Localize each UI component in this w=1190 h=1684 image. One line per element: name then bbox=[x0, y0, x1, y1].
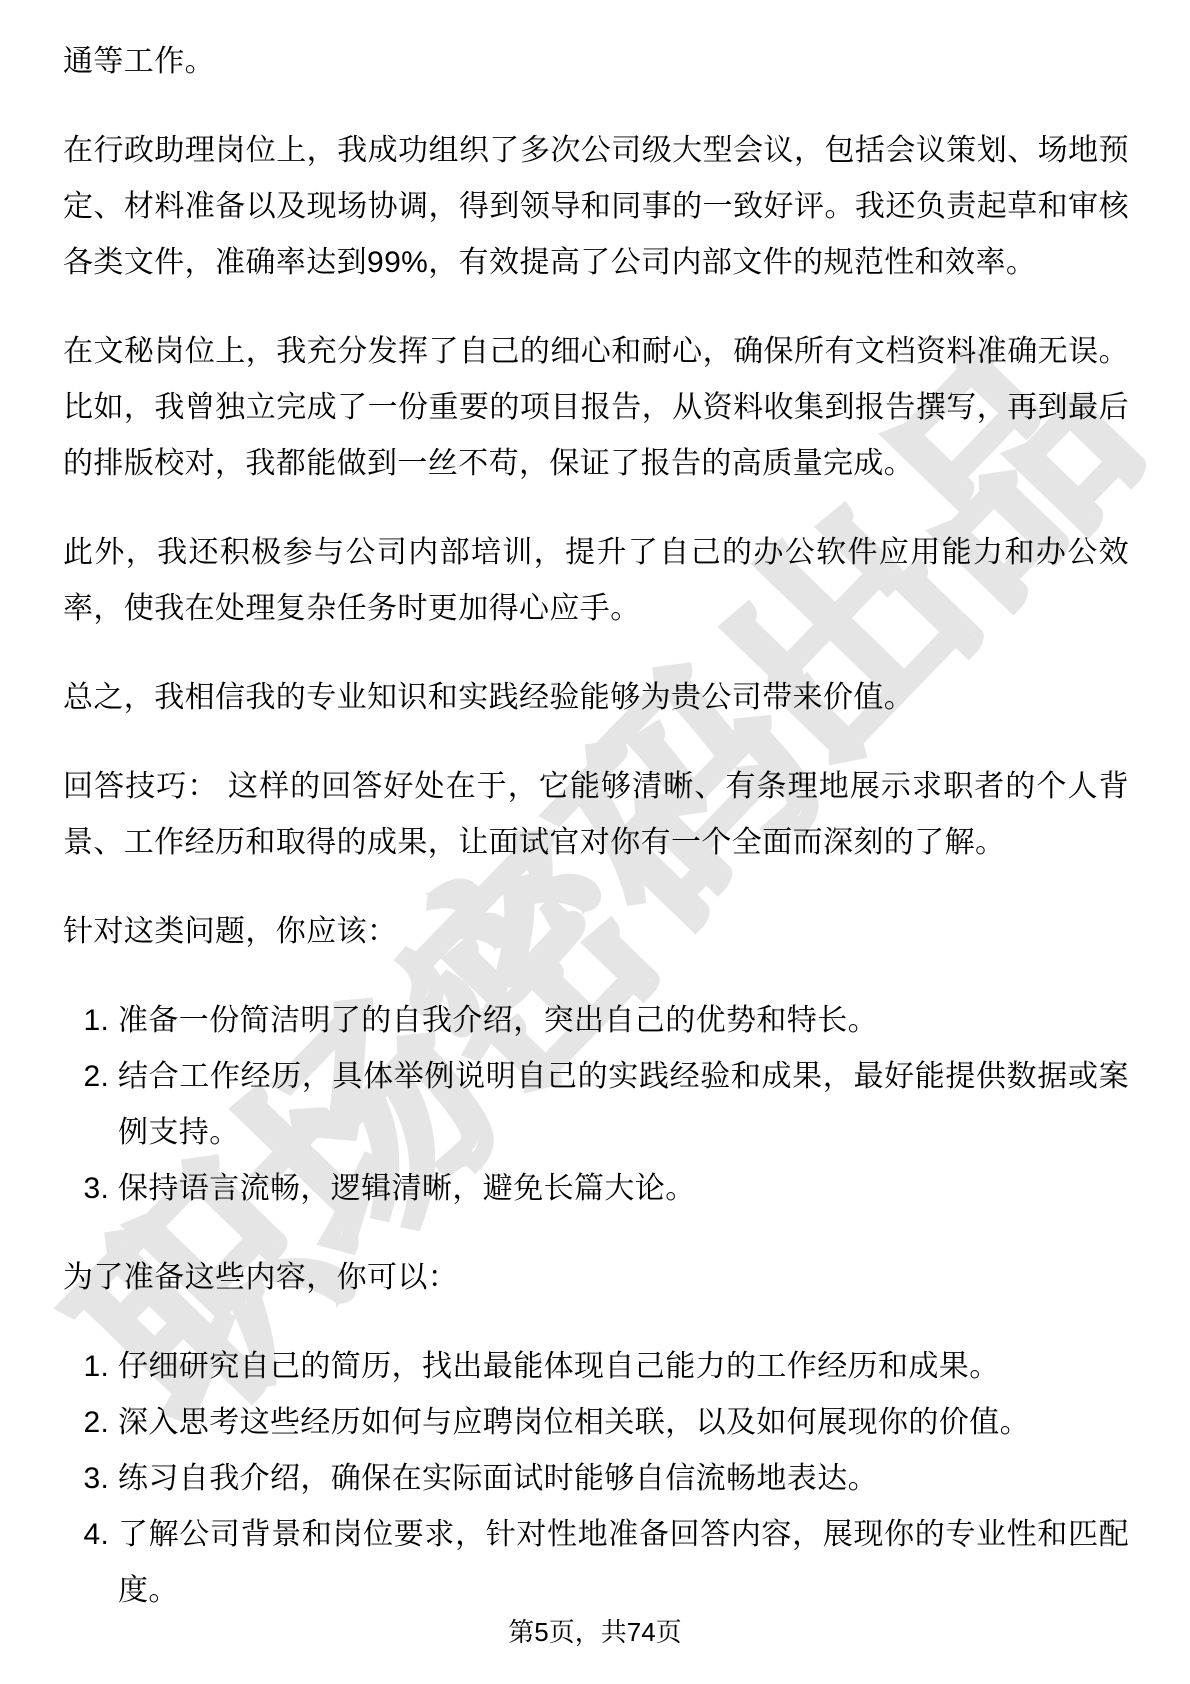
ordered-list: 准备一份简洁明了的自我介绍，突出自己的优势和特长。 结合工作经历，具体举例说明自… bbox=[63, 993, 1129, 1217]
page-content: 通等工作。 在行政助理岗位上，我成功组织了多次公司级大型会议，包括会议策划、场地… bbox=[63, 34, 1129, 1652]
list-item: 结合工作经历，具体举例说明自己的实践经验和成果，最好能提供数据或案例支持。 bbox=[118, 1049, 1129, 1161]
paragraph: 回答技巧： 这样的回答好处在于，它能够清晰、有条理地展示求职者的个人背景、工作经… bbox=[63, 759, 1129, 871]
document-page: 职场密码出品 通等工作。 在行政助理岗位上，我成功组织了多次公司级大型会议，包括… bbox=[0, 0, 1190, 1684]
paragraph: 总之，我相信我的专业知识和实践经验能够为贵公司带来价值。 bbox=[63, 670, 1129, 726]
paragraph: 在文秘岗位上，我充分发挥了自己的细心和耐心，确保所有文档资料准确无误。比如，我曾… bbox=[63, 324, 1129, 492]
paragraph: 此外，我还积极参与公司内部培训，提升了自己的办公软件应用能力和办公效率，使我在处… bbox=[63, 525, 1129, 637]
list-item: 准备一份简洁明了的自我介绍，突出自己的优势和特长。 bbox=[118, 993, 1129, 1049]
list-item: 练习自我介绍，确保在实际面试时能够自信流畅地表达。 bbox=[118, 1451, 1129, 1507]
list-item: 深入思考这些经历如何与应聘岗位相关联，以及如何展现你的价值。 bbox=[118, 1395, 1129, 1451]
paragraph: 通等工作。 bbox=[63, 34, 1129, 90]
ordered-list: 仔细研究自己的简历，找出最能体现自己能力的工作经历和成果。 深入思考这些经历如何… bbox=[63, 1339, 1129, 1619]
list-item: 仔细研究自己的简历，找出最能体现自己能力的工作经历和成果。 bbox=[118, 1339, 1129, 1395]
page-number: 第5页，共74页 bbox=[0, 1612, 1190, 1652]
paragraph: 为了准备这些内容，你可以： bbox=[63, 1250, 1129, 1306]
paragraph: 针对这类问题，你应该： bbox=[63, 904, 1129, 960]
list-item: 保持语言流畅，逻辑清晰，避免长篇大论。 bbox=[118, 1161, 1129, 1217]
paragraph: 在行政助理岗位上，我成功组织了多次公司级大型会议，包括会议策划、场地预定、材料准… bbox=[63, 123, 1129, 291]
list-item: 了解公司背景和岗位要求，针对性地准备回答内容，展现你的专业性和匹配度。 bbox=[118, 1507, 1129, 1619]
